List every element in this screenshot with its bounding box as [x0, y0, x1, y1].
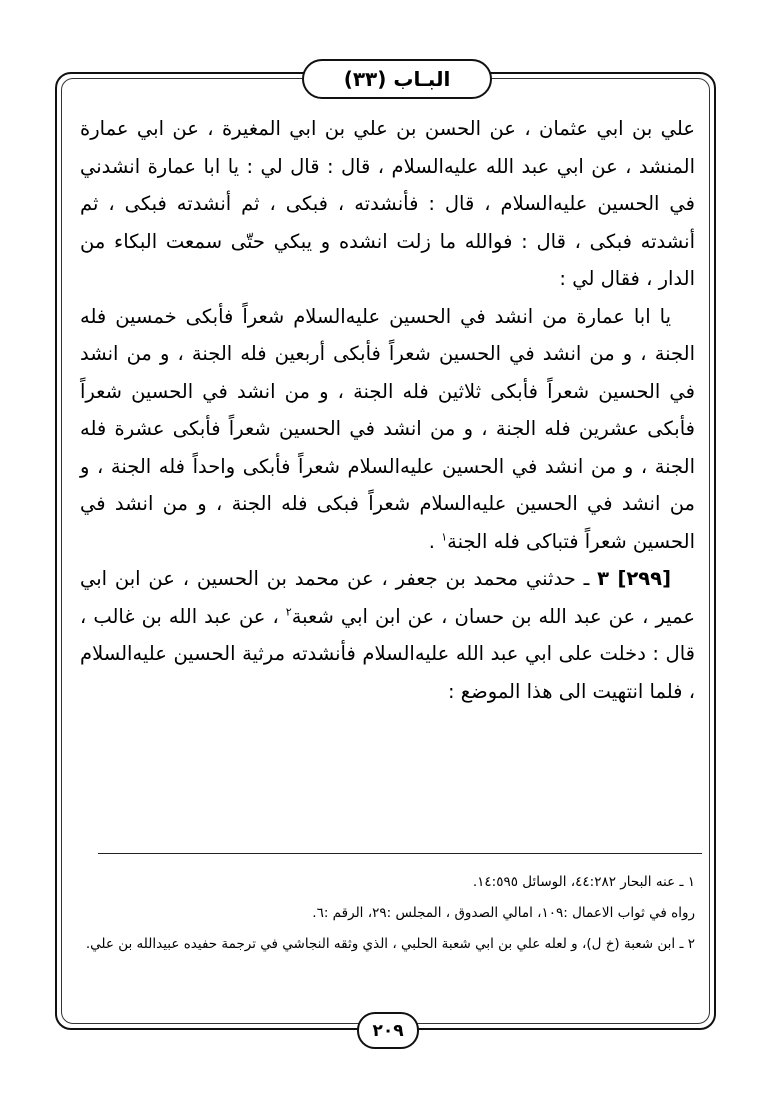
paragraph-hadith-299: [٢٩٩] ٣ ـ حدثني محمد بن جعفر ، عن محمد ب…: [80, 560, 695, 710]
page-number-text: ٢٠٩: [372, 1021, 403, 1041]
footnote-2: ٢ ـ ابن شعبة (خ ل)، و لعله علي بن ابي شع…: [85, 929, 695, 960]
page-number: ٢٠٩: [357, 1012, 419, 1049]
paragraph-hadith-text: يا ابا عمارة من انشد في الحسين عليه‌السل…: [80, 298, 695, 561]
paragraph-hadith-body: يا ابا عمارة من انشد في الحسين عليه‌السل…: [80, 305, 695, 553]
chapter-heading-text: البـاب (٣٣): [344, 67, 451, 91]
main-text: علي بن ابي عثمان ، عن الحسن بن علي بن اب…: [80, 110, 695, 710]
paragraph-narration-chain: علي بن ابي عثمان ، عن الحسن بن علي بن اب…: [80, 110, 695, 298]
footnote-1: ١ ـ عنه البحار ٤٤:٢٨٢، الوسائل ١٤:٥٩٥.: [85, 867, 695, 898]
footnote-1-continued: رواه في ثواب الاعمال :١٠٩، امالي الصدوق …: [85, 898, 695, 929]
footnotes: ١ ـ عنه البحار ٤٤:٢٨٢، الوسائل ١٤:٥٩٥. ر…: [85, 867, 695, 960]
hadith-number: [٢٩٩] ٣: [597, 567, 671, 590]
footnote-separator: [98, 853, 702, 854]
paragraph-end-mark: .: [429, 530, 441, 553]
chapter-heading: البـاب (٣٣): [302, 59, 492, 99]
